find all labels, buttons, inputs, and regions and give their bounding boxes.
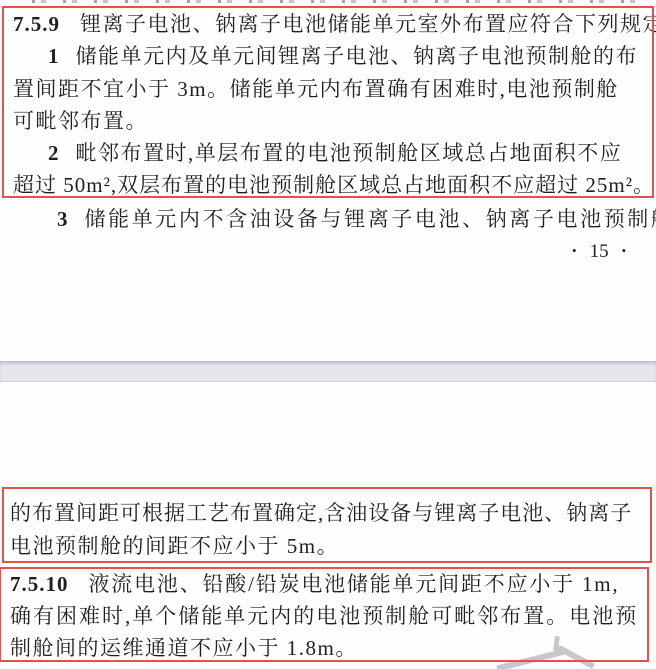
clause-text: 液流电池、铅酸/铅炭电池储能单元间距不应小于 1m, [89,572,620,596]
page-number-right-dot: • [622,243,627,258]
clause-number: 7.5.10 [10,572,69,596]
item-text: 储能单元内不含油设备与锂离子电池、钠离子电池预制舱 [85,207,656,231]
item1-line2: 置间距不宜小于 3m。储能单元内布置确有困难时,电池预制舱 [13,77,619,101]
clause-7510-line2: 确有困难时,单个储能单元内的电池预制舱可毗邻布置。电池预 [10,604,638,628]
clause-title: 锂离子电池、钠离子电池储能单元室外布置应符合下列规定: [80,12,656,36]
item2-line2: 超过 50m²,双层布置的电池预制舱区域总占地面积不应超过 25m²。 [13,173,655,197]
clause-7510-line1: 7.5.10液流电池、铅酸/铅炭电池储能单元间距不应小于 1m, [10,572,619,596]
item-text: 储能单元内及单元间锂离子电池、钠离子电池预制舱的布 [76,44,639,68]
item2-line1: 2毗邻布置时,单层布置的电池预制舱区域总占地面积不应 [48,141,622,165]
watermark-stroke [557,645,595,669]
clause-number: 7.5.9 [13,12,60,36]
document-viewer: 7.5.9锂离子电池、钠离子电池储能单元室外布置应符合下列规定: 1储能单元内及… [0,0,656,669]
item-number: 2 [48,141,60,165]
clause-7510-line3: 制舱间的运维通道不应小于 1.8m。 [10,636,358,660]
page-number: •15• [572,241,626,263]
page-number-left-dot: • [572,243,577,258]
item1-line3: 可毗邻布置。 [13,109,148,133]
item3-line1: 3储能单元内不含油设备与锂离子电池、钠离子电池预制舱 [57,207,656,231]
watermark-stroke [496,649,565,669]
item-number: 1 [48,44,60,68]
clause-759-heading: 7.5.9锂离子电池、钠离子电池储能单元室外布置应符合下列规定: [13,12,656,36]
clipped-text-remnant [32,0,644,3]
item1-line1: 1储能单元内及单元间锂离子电池、钠离子电池预制舱的布 [48,44,638,68]
item-text: 毗邻布置时,单层布置的电池预制舱区域总占地面积不应 [76,141,623,165]
page-number-value: 15 [590,241,609,262]
carryover-line2: 电池预制舱的间距不应小于 5m。 [10,534,339,558]
page-separator [0,361,656,382]
carryover-line1: 的布置间距可根据工艺布置确定,含油设备与锂离子电池、钠离子 [10,501,632,525]
item-number: 3 [57,207,69,231]
watermark-fragment [496,636,600,669]
